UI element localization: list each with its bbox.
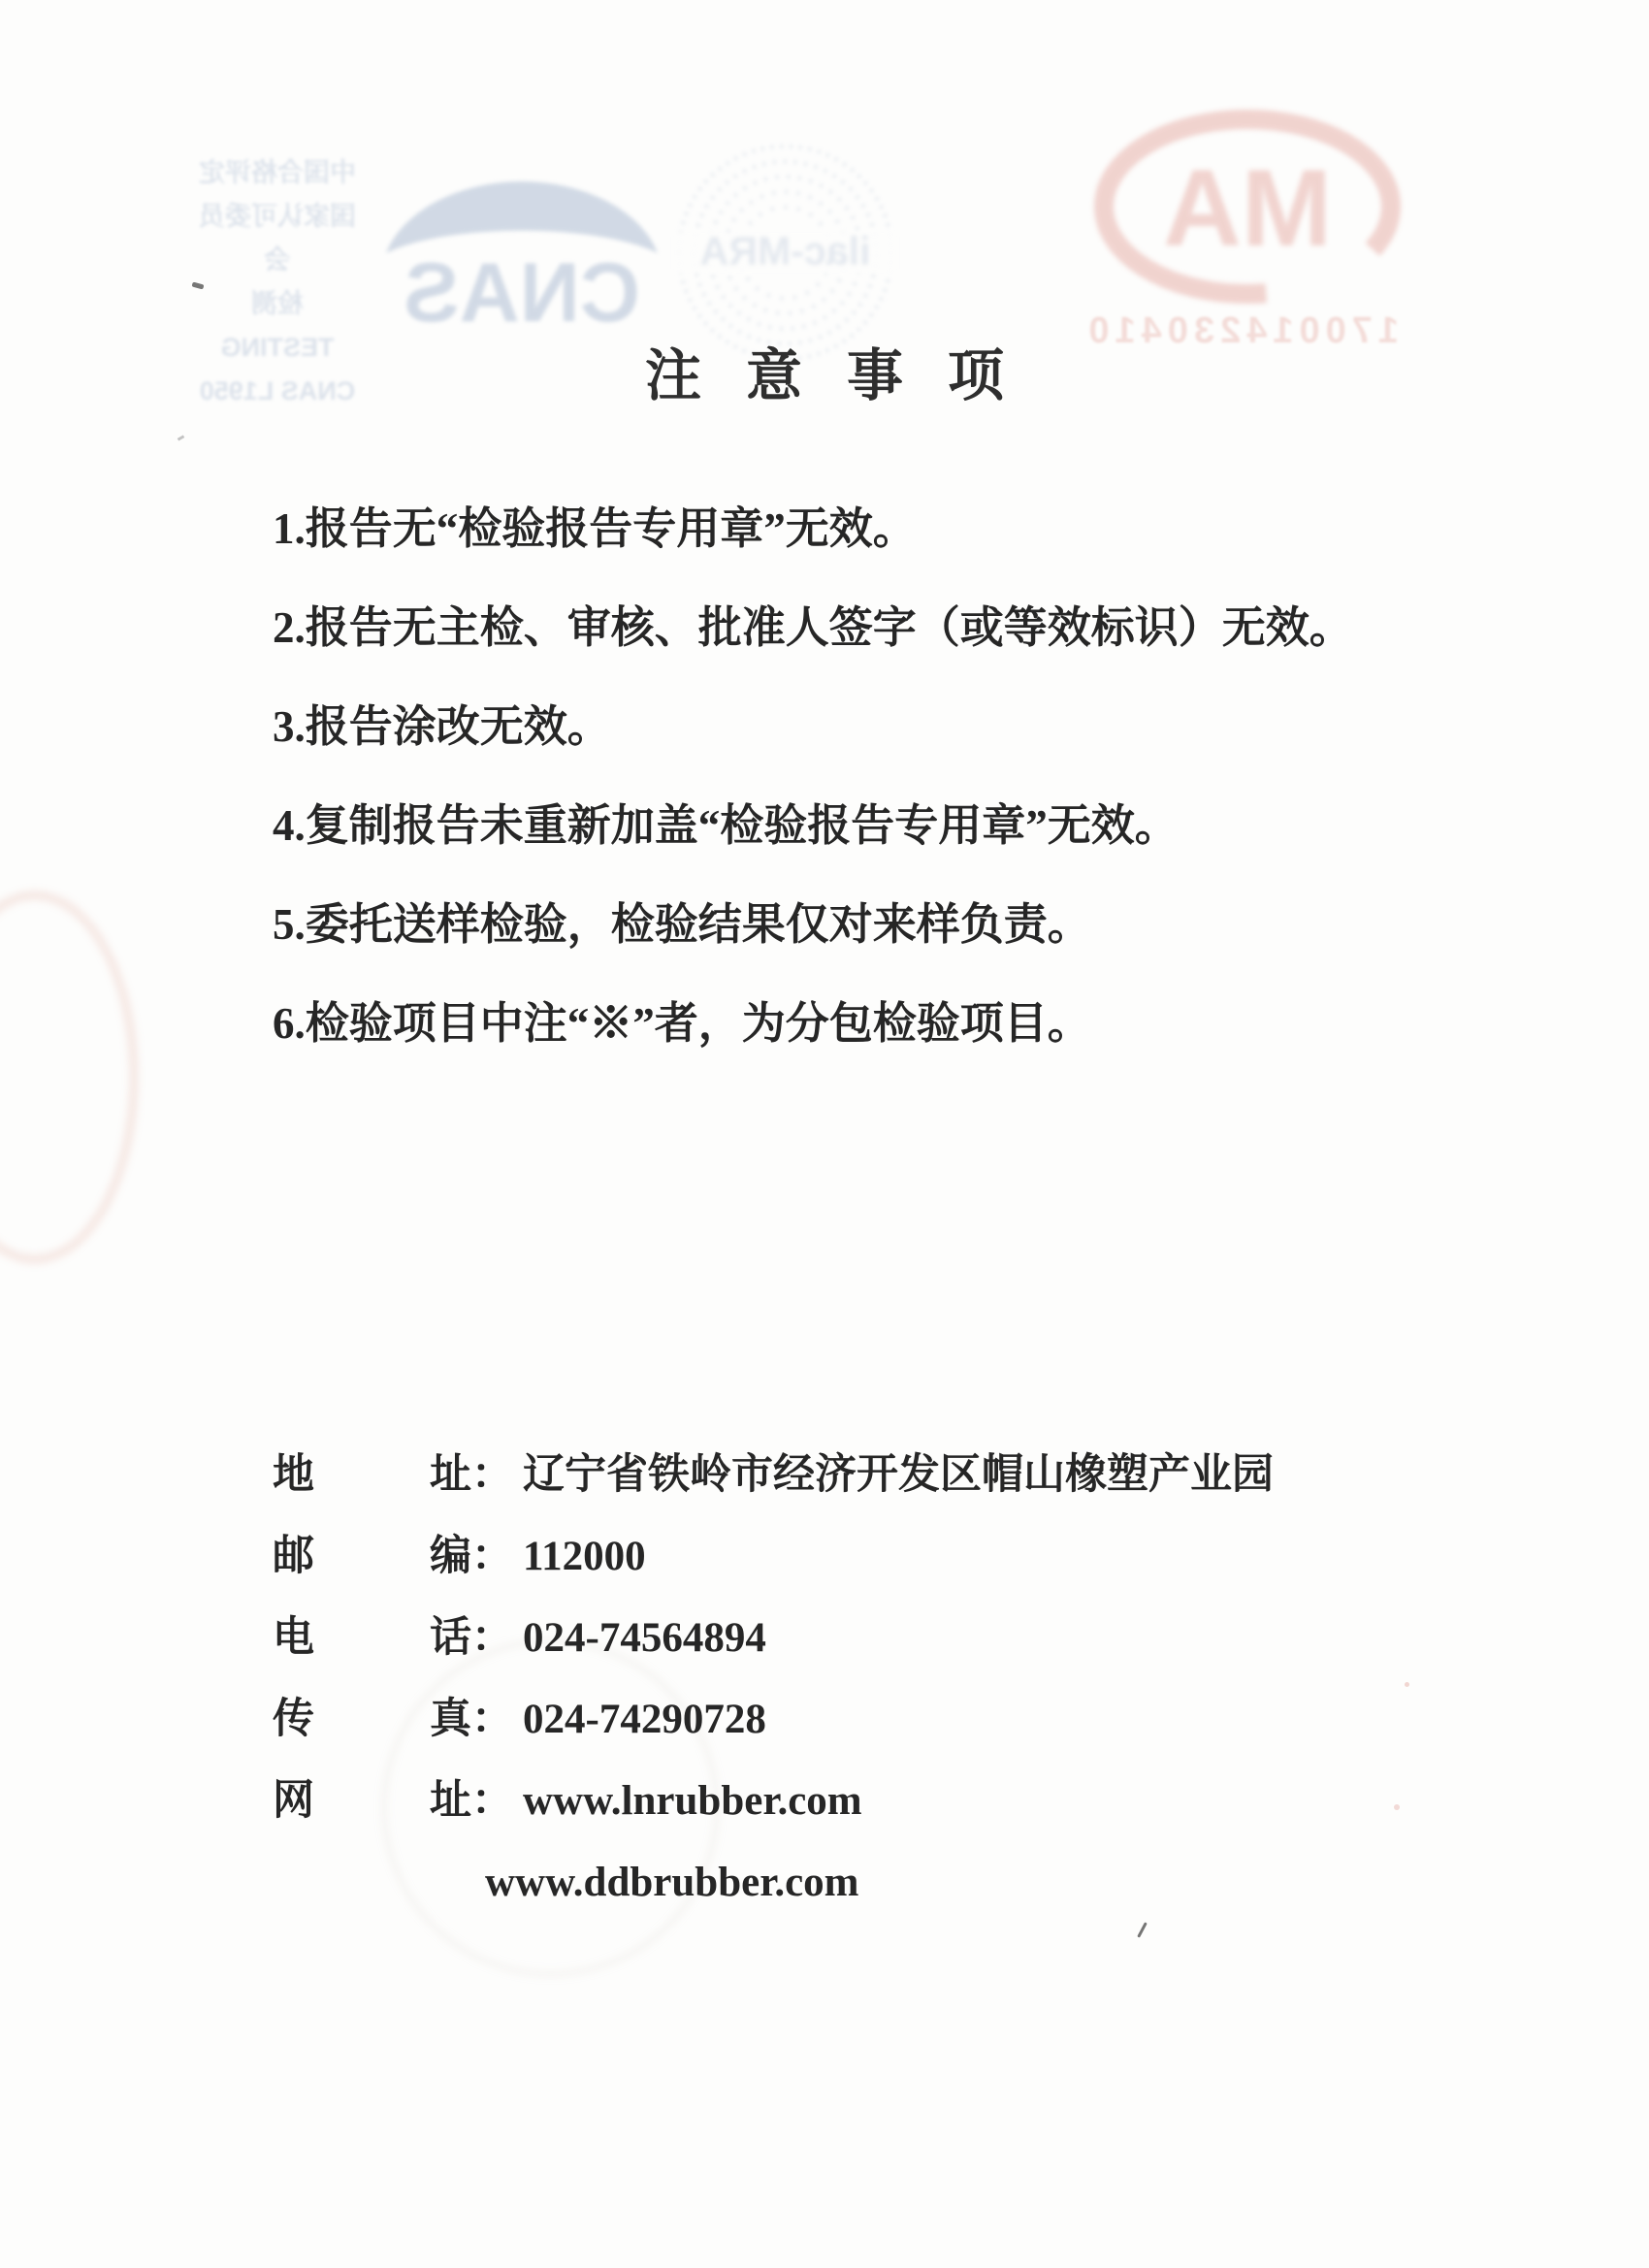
fax-value: 024-74290728 <box>523 1698 766 1742</box>
cma-mark-watermark-icon: MA <box>1092 110 1403 313</box>
notes-list: 1.报告无“检验报告专用章”无效。 2.报告无主检、审核、批准人签字（或等效标识… <box>273 504 1388 1098</box>
seal-ring-icon <box>725 192 846 313</box>
note-item-1: 1.报告无“检验报告专用章”无效。 <box>273 504 1388 553</box>
note-item-4: 4.复制报告未重新加盖“检验报告专用章”无效。 <box>273 801 1388 850</box>
contact-row-website-2: www.ddbrubber.com <box>273 1861 1388 1905</box>
contact-row-phone: 电 话 ： 024-74564894 <box>273 1616 1388 1661</box>
seal-ring-icon <box>709 177 861 329</box>
note-item-5: 5.委托送样检验，检验结果仅对来样负责。 <box>273 900 1388 949</box>
scan-speck <box>178 435 185 440</box>
cma-ma-label: MA <box>1163 147 1332 269</box>
cnas-swoosh-icon <box>386 181 658 253</box>
cnas-logo-watermark-icon: CNAS <box>376 142 667 340</box>
phone-value: 024-74564894 <box>523 1616 766 1661</box>
cnas-text-line: 中国合格评定 <box>190 151 365 195</box>
contact-row-website: 网 址 ： www.lnrubber.com <box>273 1779 1388 1824</box>
cnas-text-line: 检测 <box>190 282 365 326</box>
seal-ring-icon <box>679 146 891 359</box>
seal-text-band <box>671 232 899 274</box>
note-item-3: 3.报告涂改无效。 <box>273 702 1388 751</box>
notice-page: 中国合格评定 国家认可委员会 检测 TESTING CNAS L1950 CNA… <box>0 0 1649 2268</box>
website2-value: www.ddbrubber.com <box>485 1861 859 1905</box>
website-value: www.lnrubber.com <box>523 1779 862 1824</box>
address-value: 辽宁省铁岭市经济开发区帽山橡塑产业园 <box>523 1453 1274 1498</box>
page-title: 注意事项 <box>0 330 1649 411</box>
cma-ellipse-icon <box>1104 119 1391 294</box>
postcode-value: 112000 <box>523 1535 646 1579</box>
contact-row-postcode: 邮 编 ： 112000 <box>273 1535 1388 1579</box>
contact-row-fax: 传 真 ： 024-74290728 <box>273 1698 1388 1742</box>
scan-speck <box>192 282 205 290</box>
contact-row-address: 地 址 ： 辽宁省铁岭市经济开发区帽山橡塑产业园 <box>273 1453 1388 1498</box>
note-item-2: 2.报告无主检、审核、批准人签字（或等效标识）无效。 <box>273 603 1388 652</box>
scan-speck-red <box>1405 1682 1409 1687</box>
contact-section: 地 址 ： 辽宁省铁岭市经济开发区帽山橡塑产业园 邮 编 ： 112000 电 … <box>273 1453 1388 1942</box>
scan-speck-red <box>1394 1804 1400 1810</box>
cnas-text-line: 国家认可委员会 <box>190 195 365 282</box>
contact-label: 邮 编 <box>273 1535 471 1579</box>
ilac-mra-label: ilac-MRA <box>700 228 871 273</box>
seal-ring-icon <box>695 162 877 344</box>
contact-label: 电 话 <box>273 1616 471 1661</box>
note-item-6: 6.检验项目中注“※”者，为分包检验项目。 <box>273 999 1388 1048</box>
contact-label: 地 址 <box>273 1453 471 1498</box>
seal-ring-icon <box>740 208 831 299</box>
cnas-logo-label: CNAS <box>404 246 640 336</box>
contact-label: 传 真 <box>273 1698 471 1742</box>
red-stamp-bleed-fragment <box>0 891 139 1264</box>
contact-label: 网 址 <box>273 1779 471 1824</box>
